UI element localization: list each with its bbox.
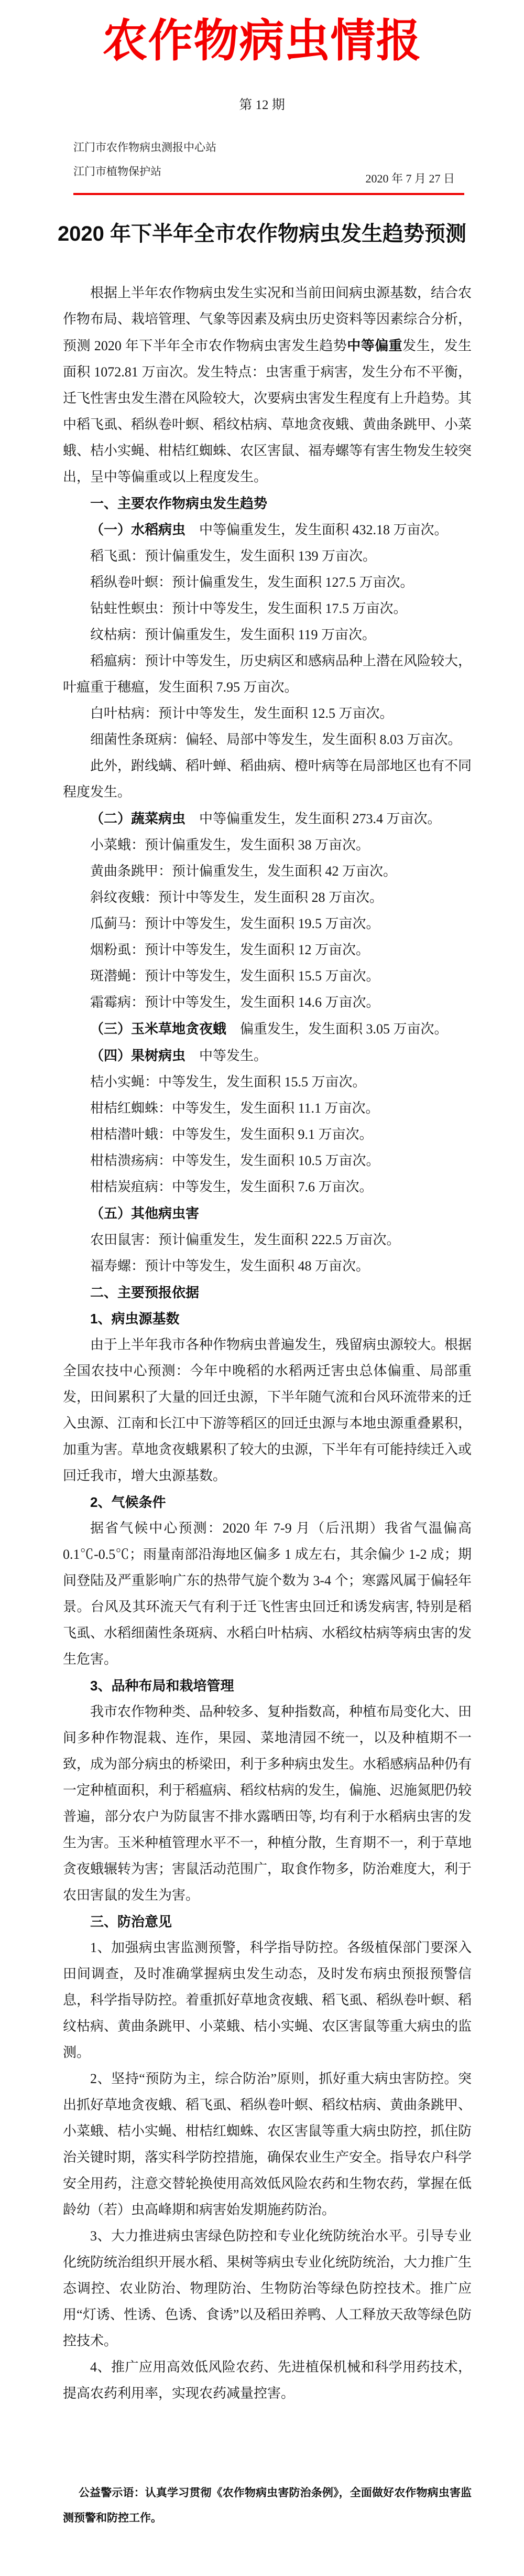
text-run: 中等偏重发生，发生面积 273.4 万亩次。 [185, 811, 441, 826]
paragraph: 由于上半年我市各种作物病虫普遍发生，残留病虫源较大。根据全国农技中心预测：今年中… [63, 1332, 472, 1489]
paragraph: 柑桔红蜘蛛：中等发生，发生面积 11.1 万亩次。 [63, 1095, 472, 1122]
paragraph: 桔小实蝇：中等发生，发生面积 15.5 万亩次。 [63, 1069, 472, 1095]
text-run: 福寿螺：预计中等发生，发生面积 48 万亩次。 [90, 1258, 369, 1274]
text-run: 白叶枯病：预计中等发生，发生面积 12.5 万亩次。 [90, 706, 394, 721]
text-run: 偏重发生，发生面积 3.05 万亩次。 [226, 1021, 448, 1037]
paragraph: 2、坚持“预防为主，综合防治”原则，抓好重大病虫害防控。突出抓好草地贪夜蛾、稻飞… [63, 2066, 472, 2223]
paragraph: 根据上半年农作物病虫发生实况和当前田间病虫源基数，结合农作物布局、栽培管理、气象… [63, 280, 472, 490]
paragraph: 福寿螺：预计中等发生，发生面积 48 万亩次。 [63, 1253, 472, 1279]
paragraph: 1、加强病虫害监测预警，科学指导防控。各级植保部门要深入田间调查，及时准确掌握病… [63, 1935, 472, 2066]
paragraph: 霜霉病：预计中等发生，发生面积 14.6 万亩次。 [63, 989, 472, 1016]
paragraph: 白叶枯病：预计中等发生，发生面积 12.5 万亩次。 [63, 700, 472, 727]
bold-run: 三、防治意见 [90, 1914, 172, 1930]
text-run: 中等发生。 [185, 1048, 267, 1063]
bold-run: 中等偏重 [347, 338, 402, 353]
text-run: 稻瘟病：预计中等发生，历史病区和感病品种上潜在风险较大，叶瘟重于穗瘟，发生面积 … [63, 653, 472, 695]
text-run: 小菜蛾：预计偏重发生，发生面积 38 万亩次。 [90, 837, 369, 853]
bold-run: （一）水稻病虫 [90, 522, 185, 537]
paragraph: 稻瘟病：预计中等发生，历史病区和感病品种上潜在风险较大，叶瘟重于穗瘟，发生面积 … [63, 648, 472, 700]
paragraph: 斑潜蝇：预计中等发生，发生面积 15.5 万亩次。 [63, 963, 472, 989]
bold-run: 2、气候条件 [90, 1494, 166, 1510]
text-run: 此外，跗线螨、稻叶蝉、稻曲病、橙叶病等在局部地区也有不同程度发生。 [63, 758, 472, 800]
paragraph: 纹枯病：预计偏重发生，发生面积 119 万亩次。 [63, 622, 472, 648]
paragraph: 钻蛀性螟虫：预计中等发生，发生面积 17.5 万亩次。 [63, 596, 472, 622]
text-run: 我市农作物种类、品种较多、复种指数高，种植布局变化大、田间多种作物混栽、连作，果… [63, 1704, 472, 1903]
paragraph: 此外，跗线螨、稻叶蝉、稻曲病、橙叶病等在局部地区也有不同程度发生。 [63, 753, 472, 805]
document-body: 根据上半年农作物病虫发生实况和当前田间病虫源基数，结合农作物布局、栽培管理、气象… [63, 280, 472, 2407]
paragraph: 烟粉虱：预计中等发生，发生面积 12 万亩次。 [63, 937, 472, 963]
bold-run: 二、主要预报依据 [90, 1285, 199, 1300]
paragraph: 柑桔潜叶蛾：中等发生，发生面积 9.1 万亩次。 [63, 1122, 472, 1148]
text-run: 据省气候中心预测：2020 年 7-9 月（后汛期）我省气温偏高 0.1℃-0.… [63, 1521, 472, 1667]
text-run: 桔小实蝇：中等发生，发生面积 15.5 万亩次。 [90, 1074, 366, 1090]
paragraph: 瓜蓟马：预计中等发生，发生面积 19.5 万亩次。 [63, 911, 472, 937]
paragraph: 农田鼠害：预计偏重发生，发生面积 222.5 万亩次。 [63, 1227, 472, 1253]
document-page: 农作物病虫情报 第 12 期 江门市农作物病虫测报中心站 江门市植物保护站 20… [0, 0, 524, 2576]
section-heading: 一、主要农作物病虫发生趋势 [63, 490, 472, 516]
paragraph: 4、推广应用高效低风险农药、先进植保机械和科学用药技术，提高农药利用率，实现农药… [63, 2354, 472, 2407]
text-run: 烟粉虱：预计中等发生，发生面积 12 万亩次。 [90, 942, 369, 957]
text-run: 稻飞虱：预计偏重发生，发生面积 139 万亩次。 [90, 548, 376, 564]
text-run: 纹枯病：预计偏重发生，发生面积 119 万亩次。 [90, 627, 376, 642]
section-heading: 二、主要预报依据 [63, 1279, 472, 1306]
text-run: 农田鼠害：预计偏重发生，发生面积 222.5 万亩次。 [90, 1232, 400, 1247]
section-heading: （一）水稻病虫 中等偏重发生，发生面积 432.18 万亩次。 [63, 516, 472, 543]
paragraph: 斜纹夜蛾：预计中等发生，发生面积 28 万亩次。 [63, 885, 472, 911]
text-run: 中等偏重发生，发生面积 432.18 万亩次。 [185, 522, 448, 537]
paragraph: 稻飞虱：预计偏重发生，发生面积 139 万亩次。 [63, 543, 472, 569]
public-notice: 公益警示语：认真学习贯彻《农作物病虫害防治条例》，全面做好农作物病虫害监测预警和… [63, 2481, 472, 2531]
header-info: 江门市农作物病虫测报中心站 江门市植物保护站 2020 年 7 月 27 日 [73, 135, 464, 188]
issue-date: 2020 年 7 月 27 日 [365, 171, 455, 187]
section-heading: （三）玉米草地贪夜蛾 偏重发生，发生面积 3.05 万亩次。 [63, 1016, 472, 1042]
paragraph: 稻纵卷叶螟：预计偏重发生，发生面积 127.5 万亩次。 [63, 569, 472, 596]
bold-run: 一、主要农作物病虫发生趋势 [90, 495, 267, 511]
bold-run: （五）其他病虫害 [90, 1205, 199, 1221]
divider-rule [73, 193, 464, 195]
org-line-1: 江门市农作物病虫测报中心站 [73, 135, 464, 159]
text-run: 3、大力推进病虫害绿色防控和专业化统防统治水平。引导专业化统防统治组织开展水稻、… [63, 2228, 472, 2348]
text-run: 细菌性条斑病：偏轻、局部中等发生，发生面积 8.03 万亩次。 [90, 732, 462, 747]
section-heading: （二）蔬菜病虫 中等偏重发生，发生面积 273.4 万亩次。 [63, 805, 472, 832]
text-run: 钻蛀性螟虫：预计中等发生，发生面积 17.5 万亩次。 [90, 601, 407, 616]
text-run: 稻纵卷叶螟：预计偏重发生，发生面积 127.5 万亩次。 [90, 575, 414, 590]
bold-run: 3、品种布局和栽培管理 [90, 1678, 234, 1694]
document-title: 2020 年下半年全市农作物病虫发生趋势预测 [0, 221, 524, 246]
paragraph: 柑桔炭疽病：中等发生，发生面积 7.6 万亩次。 [63, 1174, 472, 1200]
bold-run: （四）果树病虫 [90, 1048, 185, 1063]
text-run: 发生，发生面积 1072.81 万亩次。发生特点：虫害重于病害，发生分布不平衡，… [63, 338, 472, 484]
text-run: 由于上半年我市各种作物病虫普遍发生，残留病虫源较大。根据全国农技中心预测：今年中… [63, 1337, 472, 1483]
text-run: 斜纹夜蛾：预计中等发生，发生面积 28 万亩次。 [90, 890, 383, 905]
paragraph: 黄曲条跳甲：预计偏重发生，发生面积 42 万亩次。 [63, 858, 472, 885]
text-run: 瓜蓟马：预计中等发生，发生面积 19.5 万亩次。 [90, 916, 380, 931]
paragraph: 细菌性条斑病：偏轻、局部中等发生，发生面积 8.03 万亩次。 [63, 727, 472, 753]
bold-run: （二）蔬菜病虫 [90, 811, 185, 826]
text-run: 斑潜蝇：预计中等发生，发生面积 15.5 万亩次。 [90, 968, 380, 984]
text-run: 1、加强病虫害监测预警，科学指导防控。各级植保部门要深入田间调查，及时准确掌握病… [63, 1940, 472, 2060]
section-heading: 1、病虫源基数 [63, 1306, 472, 1332]
text-run: 霜霉病：预计中等发生，发生面积 14.6 万亩次。 [90, 995, 380, 1010]
text-run: 柑桔红蜘蛛：中等发生，发生面积 11.1 万亩次。 [90, 1101, 379, 1116]
section-heading: （四）果树病虫 中等发生。 [63, 1042, 472, 1069]
text-run: 黄曲条跳甲：预计偏重发生，发生面积 42 万亩次。 [90, 864, 397, 879]
paragraph: 柑桔溃疡病：中等发生，发生面积 10.5 万亩次。 [63, 1148, 472, 1174]
text-run: 4、推广应用高效低风险农药、先进植保机械和科学用药技术，提高农药利用率，实现农药… [63, 2359, 472, 2401]
text-run: 柑桔潜叶蛾：中等发生，发生面积 9.1 万亩次。 [90, 1127, 373, 1142]
paragraph: 据省气候中心预测：2020 年 7-9 月（后汛期）我省气温偏高 0.1℃-0.… [63, 1515, 472, 1673]
paragraph: 我市农作物种类、品种较多、复种指数高，种植布局变化大、田间多种作物混栽、连作，果… [63, 1699, 472, 1909]
section-heading: 2、气候条件 [63, 1489, 472, 1515]
text-run: 柑桔溃疡病：中等发生，发生面积 10.5 万亩次。 [90, 1153, 380, 1168]
section-heading: 3、品种布局和栽培管理 [63, 1673, 472, 1699]
section-heading: （五）其他病虫害 [63, 1200, 472, 1227]
paragraph: 3、大力推进病虫害绿色防控和专业化统防统治水平。引导专业化统防统治组织开展水稻、… [63, 2223, 472, 2354]
section-heading: 三、防治意见 [63, 1909, 472, 1935]
text-run: 柑桔炭疽病：中等发生，发生面积 7.6 万亩次。 [90, 1179, 373, 1194]
text-run: 2、坚持“预防为主，综合防治”原则，抓好重大病虫害防控。突出抓好草地贪夜蛾、稻飞… [63, 2071, 472, 2217]
paragraph: 小菜蛾：预计偏重发生，发生面积 38 万亩次。 [63, 832, 472, 858]
bold-run: 1、病虫源基数 [90, 1311, 179, 1327]
issue-number: 第 12 期 [0, 96, 524, 114]
bold-run: （三）玉米草地贪夜蛾 [90, 1021, 226, 1037]
masthead-title: 农作物病虫情报 [0, 0, 524, 67]
